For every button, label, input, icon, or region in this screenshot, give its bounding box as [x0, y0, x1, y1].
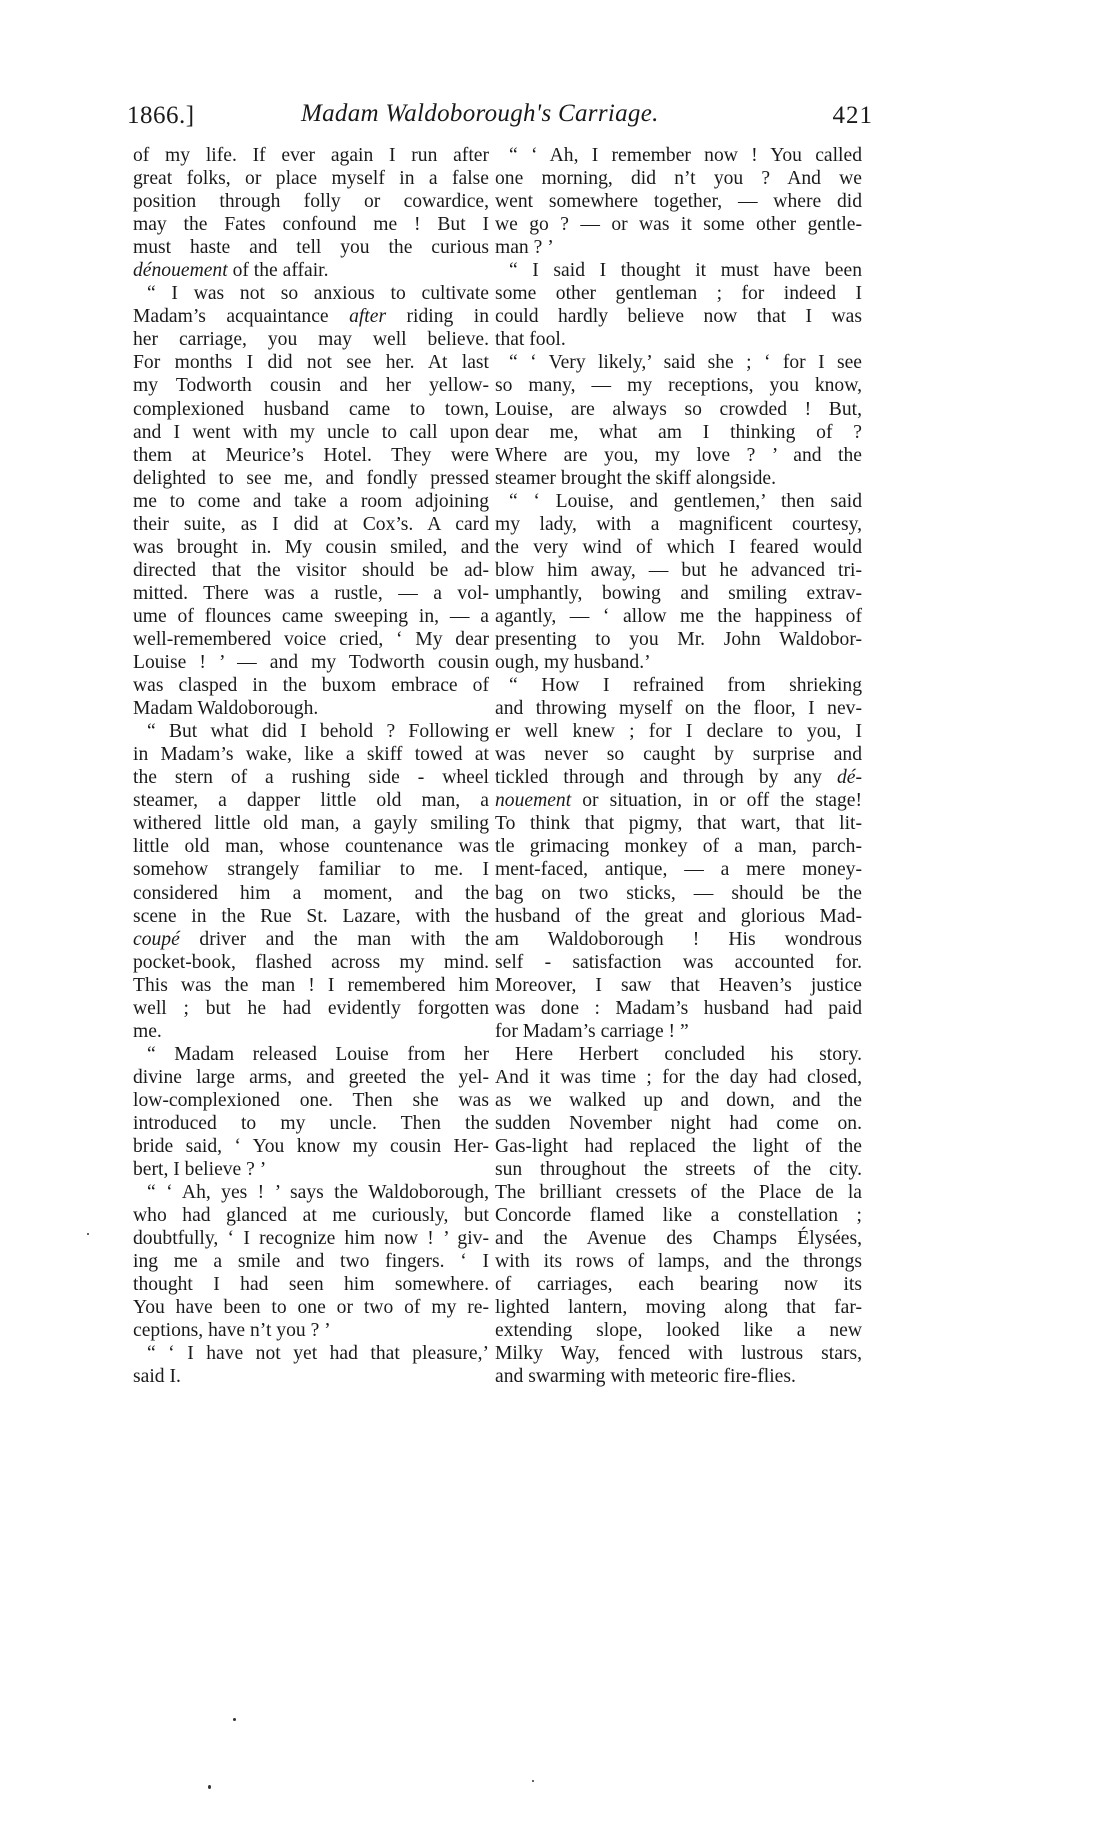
running-header: 1866.] Madam Waldoborough's Carriage. 42… — [127, 98, 873, 138]
text-line: coupé driver and the man with the — [133, 928, 489, 951]
text-line: ing me a smile and two fingers. ‘ I — [133, 1250, 489, 1273]
text-line: said I. — [133, 1365, 489, 1388]
text-line: Gas-light had replaced the light of the — [495, 1135, 862, 1158]
text-run: This was the man ! I remembered him — [133, 975, 489, 996]
text-run: “ ‘ Louise, and gentlemen,’ then said — [509, 491, 862, 512]
text-line: position through folly or cowardice, — [133, 190, 489, 213]
text-line: well-remembered voice cried, ‘ My dear — [133, 628, 489, 651]
text-run: ough, my husband.’ — [495, 652, 651, 673]
text-line: and I went with my uncle to call upon — [133, 421, 489, 444]
text-line: doubtfully, ‘ I recognize him now ! ’ gi… — [133, 1227, 489, 1250]
text-line: her carriage, you may well believe. — [133, 328, 489, 351]
text-run: Here Herbert concluded his story. — [515, 1044, 862, 1065]
text-line: er well knew ; for I declare to you, I — [495, 720, 862, 743]
text-line: the stern of a rushing side - wheel — [133, 766, 489, 789]
text-line: and the Avenue des Champs Élysées, — [495, 1227, 862, 1250]
text-line: withered little old man, a gayly smiling — [133, 812, 489, 835]
text-run: To think that pigmy, that wart, that lit… — [495, 813, 862, 834]
text-run: Gas-light had replaced the light of the — [495, 1136, 862, 1157]
text-run: And it was time ; for the day had closed… — [495, 1067, 862, 1088]
text-run: so many, — my receptions, you know, — [495, 375, 862, 396]
text-line: considered him a moment, and the — [133, 882, 489, 905]
text-run: “ ‘ Ah, yes ! ’ says the Waldoborough, — [147, 1182, 489, 1203]
text-run: and throwing myself on the floor, I nev- — [495, 698, 862, 719]
italic-term: coupé — [133, 929, 180, 950]
text-run: well ; but he had evidently forgotten — [133, 998, 489, 1019]
scan-speck — [87, 1233, 89, 1235]
text-line: bag on two sticks, — should be the — [495, 882, 862, 905]
text-line: extending slope, looked like a new — [495, 1319, 862, 1342]
text-line: ough, my husband.’ — [495, 651, 862, 674]
text-run: husband of the great and glorious Mad- — [495, 906, 862, 927]
text-line: introduced to my uncle. Then the — [133, 1112, 489, 1135]
text-run: and swarming with meteoric fire-flies. — [495, 1366, 796, 1387]
text-line: tickled through and through by any dé- — [495, 766, 862, 789]
text-run: sudden November night had come on. — [495, 1113, 862, 1134]
text-line: Madam Waldoborough. — [133, 697, 489, 720]
text-line: This was the man ! I remembered him — [133, 974, 489, 997]
italic-term: nouement — [495, 790, 571, 811]
text-run: ume of flounces came sweeping in, — a — [133, 606, 489, 627]
text-run: with its rows of lamps, and the throngs — [495, 1251, 862, 1272]
text-line: “ ‘ I have not yet had that pleasure,’ — [133, 1342, 489, 1365]
text-run: their suite, as I did at Cox’s. A card — [133, 514, 489, 535]
text-run: tickled through and through by any — [495, 767, 837, 788]
text-run: doubtfully, ‘ I recognize him now ! ’ gi… — [133, 1228, 489, 1249]
text-line: ume of flounces came sweeping in, — a — [133, 605, 489, 628]
text-line: steamer, a dapper little old man, a — [133, 789, 489, 812]
text-line: we go ? — or was it some other gentle- — [495, 213, 862, 236]
text-run: Concorde flamed like a constellation ; — [495, 1205, 862, 1226]
text-line: of my life. If ever again I run after — [133, 144, 489, 167]
text-run: am Waldoborough ! His wondrous — [495, 929, 862, 950]
text-run: must haste and tell you the curious — [133, 237, 489, 258]
text-line: great folks, or place myself in a false — [133, 167, 489, 190]
text-line: ceptions, have n’t you ? ’ — [133, 1319, 489, 1342]
text-line: of carriages, each bearing now its — [495, 1273, 862, 1296]
text-line: was done : Madam’s husband had paid — [495, 997, 862, 1020]
text-line: “ I said I thought it must have been — [495, 259, 862, 282]
text-line: that fool. — [495, 328, 862, 351]
text-line: The brilliant cressets of the Place de l… — [495, 1181, 862, 1204]
text-line: am Waldoborough ! His wondrous — [495, 928, 862, 951]
text-line: man ? ’ — [495, 236, 862, 259]
text-run: her carriage, you may well believe. — [133, 329, 489, 350]
text-line: who had glanced at me curiously, but — [133, 1204, 489, 1227]
text-run: For months I did not see her. At last — [133, 352, 489, 373]
text-run: “ But what did I behold ? Following — [147, 721, 489, 742]
text-run: was clasped in the buxom embrace of — [133, 675, 489, 696]
text-run: blow him away, — but he advanced tri- — [495, 560, 862, 581]
text-run: well-remembered voice cried, ‘ My dear — [133, 629, 489, 650]
text-line: sudden November night had come on. — [495, 1112, 862, 1135]
text-run: Louise ! ’ — and my Todworth cousin — [133, 652, 489, 673]
text-line: nouement or situation, in or off the sta… — [495, 789, 862, 812]
text-run: Milky Way, fenced with lustrous stars, — [495, 1343, 862, 1364]
text-run: was done : Madam’s husband had paid — [495, 998, 862, 1019]
text-run: extending slope, looked like a new — [495, 1320, 862, 1341]
text-run: me to come and take a room adjoining — [133, 491, 489, 512]
text-line: dear me, what am I thinking of ? — [495, 421, 862, 444]
text-line: and swarming with meteoric fire-flies. — [495, 1365, 862, 1388]
text-run: introduced to my uncle. Then the — [133, 1113, 489, 1134]
text-line: for Madam’s carriage ! ” — [495, 1020, 862, 1043]
text-run: and the Avenue des Champs Élysées, — [495, 1228, 862, 1249]
text-line: To think that pigmy, that wart, that lit… — [495, 812, 862, 835]
text-line: agantly, — ‘ allow me the happiness of — [495, 605, 862, 628]
text-run: some other gentleman ; for indeed I — [495, 283, 862, 304]
text-run: bride said, ‘ You know my cousin Her- — [133, 1136, 489, 1157]
text-run: Madam Waldoborough. — [133, 698, 318, 719]
right-column: “ ‘ Ah, I remember now ! You calledone m… — [495, 144, 862, 1389]
text-run: bert, I believe ? ’ — [133, 1159, 266, 1180]
text-line: was brought in. My cousin smiled, and — [133, 536, 489, 559]
text-line: blow him away, — but he advanced tri- — [495, 559, 862, 582]
text-run: we go ? — or was it some other gentle- — [495, 214, 862, 235]
text-run: complexioned husband came to town, — [133, 399, 489, 420]
text-run: You have been to one or two of my re- — [133, 1297, 489, 1318]
text-line: in Madam’s wake, like a skiff towed at — [133, 743, 489, 766]
text-line: Here Herbert concluded his story. — [495, 1043, 862, 1066]
text-run: tle grimacing monkey of a man, parch- — [495, 836, 862, 857]
italic-term: dé- — [837, 767, 862, 788]
scan-speck — [233, 1718, 236, 1721]
text-run: steamer, a dapper little old man, a — [133, 790, 489, 811]
text-line: as we walked up and down, and the — [495, 1089, 862, 1112]
text-line: presenting to you Mr. John Waldobor- — [495, 628, 862, 651]
text-run: may the Fates confound me ! But I — [133, 214, 489, 235]
text-run: presenting to you Mr. John Waldobor- — [495, 629, 862, 650]
text-line: could hardly believe now that I was — [495, 305, 862, 328]
text-line: and throwing myself on the floor, I nev- — [495, 697, 862, 720]
text-run: dear me, what am I thinking of ? — [495, 422, 862, 443]
text-run: of my life. If ever again I run after — [133, 145, 489, 166]
text-line: For months I did not see her. At last — [133, 351, 489, 374]
text-line: some other gentleman ; for indeed I — [495, 282, 862, 305]
text-line: me. — [133, 1020, 489, 1043]
text-line: bride said, ‘ You know my cousin Her- — [133, 1135, 489, 1158]
text-line: must haste and tell you the curious — [133, 236, 489, 259]
text-run: Louise, are always so crowded ! But, — [495, 399, 862, 420]
text-run: could hardly believe now that I was — [495, 306, 862, 327]
text-line: lighted lantern, moving along that far- — [495, 1296, 862, 1319]
text-run: directed that the visitor should be ad- — [133, 560, 489, 581]
text-run: divine large arms, and greeted the yel- — [133, 1067, 489, 1088]
text-line: “ But what did I behold ? Following — [133, 720, 489, 743]
text-line: Where are you, my love ? ’ and the — [495, 444, 862, 467]
text-line: bert, I believe ? ’ — [133, 1158, 489, 1181]
text-line: Moreover, I saw that Heaven’s justice — [495, 974, 862, 997]
text-run: steamer brought the skiff alongside. — [495, 468, 776, 489]
text-line: “ I was not so anxious to cultivate — [133, 282, 489, 305]
text-run: was never so caught by surprise and — [495, 744, 862, 765]
text-line: ment-faced, antique, — a mere money- — [495, 858, 862, 881]
text-line: Louise ! ’ — and my Todworth cousin — [133, 651, 489, 674]
text-run: delighted to see me, and fondly pressed — [133, 468, 489, 489]
text-run: pocket-book, flashed across my mind. — [133, 952, 489, 973]
scan-speck — [208, 1785, 211, 1789]
text-run: man ? ’ — [495, 237, 554, 258]
text-line: Milky Way, fenced with lustrous stars, — [495, 1342, 862, 1365]
text-run: lighted lantern, moving along that far- — [495, 1297, 862, 1318]
page-number: 421 — [833, 102, 874, 130]
text-line: them at Meurice’s Hotel. They were — [133, 444, 489, 467]
text-line: dénouement of the affair. — [133, 259, 489, 282]
text-run: or situation, in or off the stage! — [571, 790, 862, 811]
text-line: tle grimacing monkey of a man, parch- — [495, 835, 862, 858]
text-run: position through folly or cowardice, — [133, 191, 489, 212]
text-line: their suite, as I did at Cox’s. A card — [133, 513, 489, 536]
text-run: withered little old man, a gayly smiling — [133, 813, 489, 834]
text-line: delighted to see me, and fondly pressed — [133, 467, 489, 490]
text-line: directed that the visitor should be ad- — [133, 559, 489, 582]
text-line: thought I had seen him somewhere. — [133, 1273, 489, 1296]
text-run: self - satisfaction was accounted for. — [495, 952, 862, 973]
text-run: driver and the man with the — [180, 929, 489, 950]
left-column: of my life. If ever again I run aftergre… — [133, 144, 489, 1389]
text-run: Moreover, I saw that Heaven’s justice — [495, 975, 862, 996]
text-run: “ ‘ Very likely,’ said she ; ‘ for I see — [509, 352, 862, 373]
text-line: my Todworth cousin and her yellow- — [133, 374, 489, 397]
text-line: And it was time ; for the day had closed… — [495, 1066, 862, 1089]
text-line: was never so caught by surprise and — [495, 743, 862, 766]
text-line: one morning, did n’t you ? And we — [495, 167, 862, 190]
text-run: great folks, or place myself in a false — [133, 168, 489, 189]
text-run: er well knew ; for I declare to you, I — [495, 721, 862, 742]
text-run: who had glanced at me curiously, but — [133, 1205, 489, 1226]
text-line: “ ‘ Louise, and gentlemen,’ then said — [495, 490, 862, 513]
text-line: “ ‘ Ah, yes ! ’ says the Waldoborough, — [133, 1181, 489, 1204]
text-line: husband of the great and glorious Mad- — [495, 905, 862, 928]
text-run: the stern of a rushing side - wheel — [133, 767, 489, 788]
text-run: “ ‘ Ah, I remember now ! You called — [509, 145, 862, 166]
text-run: agantly, — ‘ allow me the happiness of — [495, 606, 862, 627]
text-line: Concorde flamed like a constellation ; — [495, 1204, 862, 1227]
text-line: so many, — my receptions, you know, — [495, 374, 862, 397]
text-line: “ How I refrained from shrieking — [495, 674, 862, 697]
text-run: that fool. — [495, 329, 566, 350]
text-line: “ ‘ Ah, I remember now ! You called — [495, 144, 862, 167]
text-line: sun throughout the streets of the city. — [495, 1158, 862, 1181]
text-line: mitted. There was a rustle, — a vol- — [133, 582, 489, 605]
text-line: was clasped in the buxom embrace of — [133, 674, 489, 697]
text-run: bag on two sticks, — should be the — [495, 883, 862, 904]
text-run: somehow strangely familiar to me. I — [133, 859, 489, 880]
text-line: divine large arms, and greeted the yel- — [133, 1066, 489, 1089]
text-run: low-complexioned one. Then she was — [133, 1090, 489, 1111]
text-run: of carriages, each bearing now its — [495, 1274, 862, 1295]
text-line: scene in the Rue St. Lazare, with the — [133, 905, 489, 928]
text-run: went somewhere together, — where did — [495, 191, 862, 212]
text-run: “ I said I thought it must have been — [509, 260, 862, 281]
text-run: was brought in. My cousin smiled, and — [133, 537, 489, 558]
text-line: with its rows of lamps, and the throngs — [495, 1250, 862, 1273]
text-line: umphantly, bowing and smiling extrav- — [495, 582, 862, 605]
text-run: “ I was not so anxious to cultivate — [147, 283, 489, 304]
text-line: self - satisfaction was accounted for. — [495, 951, 862, 974]
text-line: went somewhere together, — where did — [495, 190, 862, 213]
text-run: Where are you, my love ? ’ and the — [495, 445, 862, 466]
text-run: the very wind of which I feared would — [495, 537, 862, 558]
text-run: said I. — [133, 1366, 181, 1387]
text-run: me. — [133, 1021, 162, 1042]
text-run: “ Madam released Louise from her — [147, 1044, 489, 1065]
running-title: Madam Waldoborough's Carriage. — [301, 100, 659, 128]
scan-speck — [532, 1780, 534, 1782]
italic-term: dénouement — [133, 260, 228, 281]
text-line: the very wind of which I feared would — [495, 536, 862, 559]
text-line: You have been to one or two of my re- — [133, 1296, 489, 1319]
italic-term: after — [349, 306, 386, 327]
text-line: may the Fates confound me ! But I — [133, 213, 489, 236]
text-line: low-complexioned one. Then she was — [133, 1089, 489, 1112]
text-run: “ ‘ I have not yet had that pleasure,’ — [147, 1343, 489, 1364]
text-run: in Madam’s wake, like a skiff towed at — [133, 744, 489, 765]
text-line: Louise, are always so crowded ! But, — [495, 398, 862, 421]
text-run: “ How I refrained from shrieking — [509, 675, 862, 696]
text-line: complexioned husband came to town, — [133, 398, 489, 421]
text-run: them at Meurice’s Hotel. They were — [133, 445, 489, 466]
text-line: Madam’s acquaintance after riding in — [133, 305, 489, 328]
text-line: pocket-book, flashed across my mind. — [133, 951, 489, 974]
text-run: as we walked up and down, and the — [495, 1090, 862, 1111]
text-line: steamer brought the skiff alongside. — [495, 467, 862, 490]
text-run: scene in the Rue St. Lazare, with the — [133, 906, 489, 927]
header-year: 1866.] — [127, 102, 195, 130]
text-run: Madam’s acquaintance — [133, 306, 349, 327]
text-run: mitted. There was a rustle, — a vol- — [133, 583, 489, 604]
text-run: my Todworth cousin and her yellow- — [133, 375, 489, 396]
text-run: sun throughout the streets of the city. — [495, 1159, 862, 1180]
text-line: “ Madam released Louise from her — [133, 1043, 489, 1066]
text-line: somehow strangely familiar to me. I — [133, 858, 489, 881]
text-run: considered him a moment, and the — [133, 883, 489, 904]
text-line: “ ‘ Very likely,’ said she ; ‘ for I see — [495, 351, 862, 374]
text-run: one morning, did n’t you ? And we — [495, 168, 862, 189]
text-run: of the affair. — [228, 260, 329, 281]
text-run: ceptions, have n’t you ? ’ — [133, 1320, 331, 1341]
text-run: umphantly, bowing and smiling extrav- — [495, 583, 862, 604]
text-run: thought I had seen him somewhere. — [133, 1274, 489, 1295]
text-line: little old man, whose countenance was — [133, 835, 489, 858]
text-run: riding in — [386, 306, 489, 327]
text-line: my lady, with a magnificent courtesy, — [495, 513, 862, 536]
text-run: ing me a smile and two fingers. ‘ I — [133, 1251, 489, 1272]
text-run: The brilliant cressets of the Place de l… — [495, 1182, 862, 1203]
text-run: my lady, with a magnificent courtesy, — [495, 514, 862, 535]
text-run: ment-faced, antique, — a mere money- — [495, 859, 862, 880]
text-run: little old man, whose countenance was — [133, 836, 489, 857]
text-run: and I went with my uncle to call upon — [133, 422, 489, 443]
text-run: for Madam’s carriage ! ” — [495, 1021, 689, 1042]
text-line: me to come and take a room adjoining — [133, 490, 489, 513]
text-line: well ; but he had evidently forgotten — [133, 997, 489, 1020]
